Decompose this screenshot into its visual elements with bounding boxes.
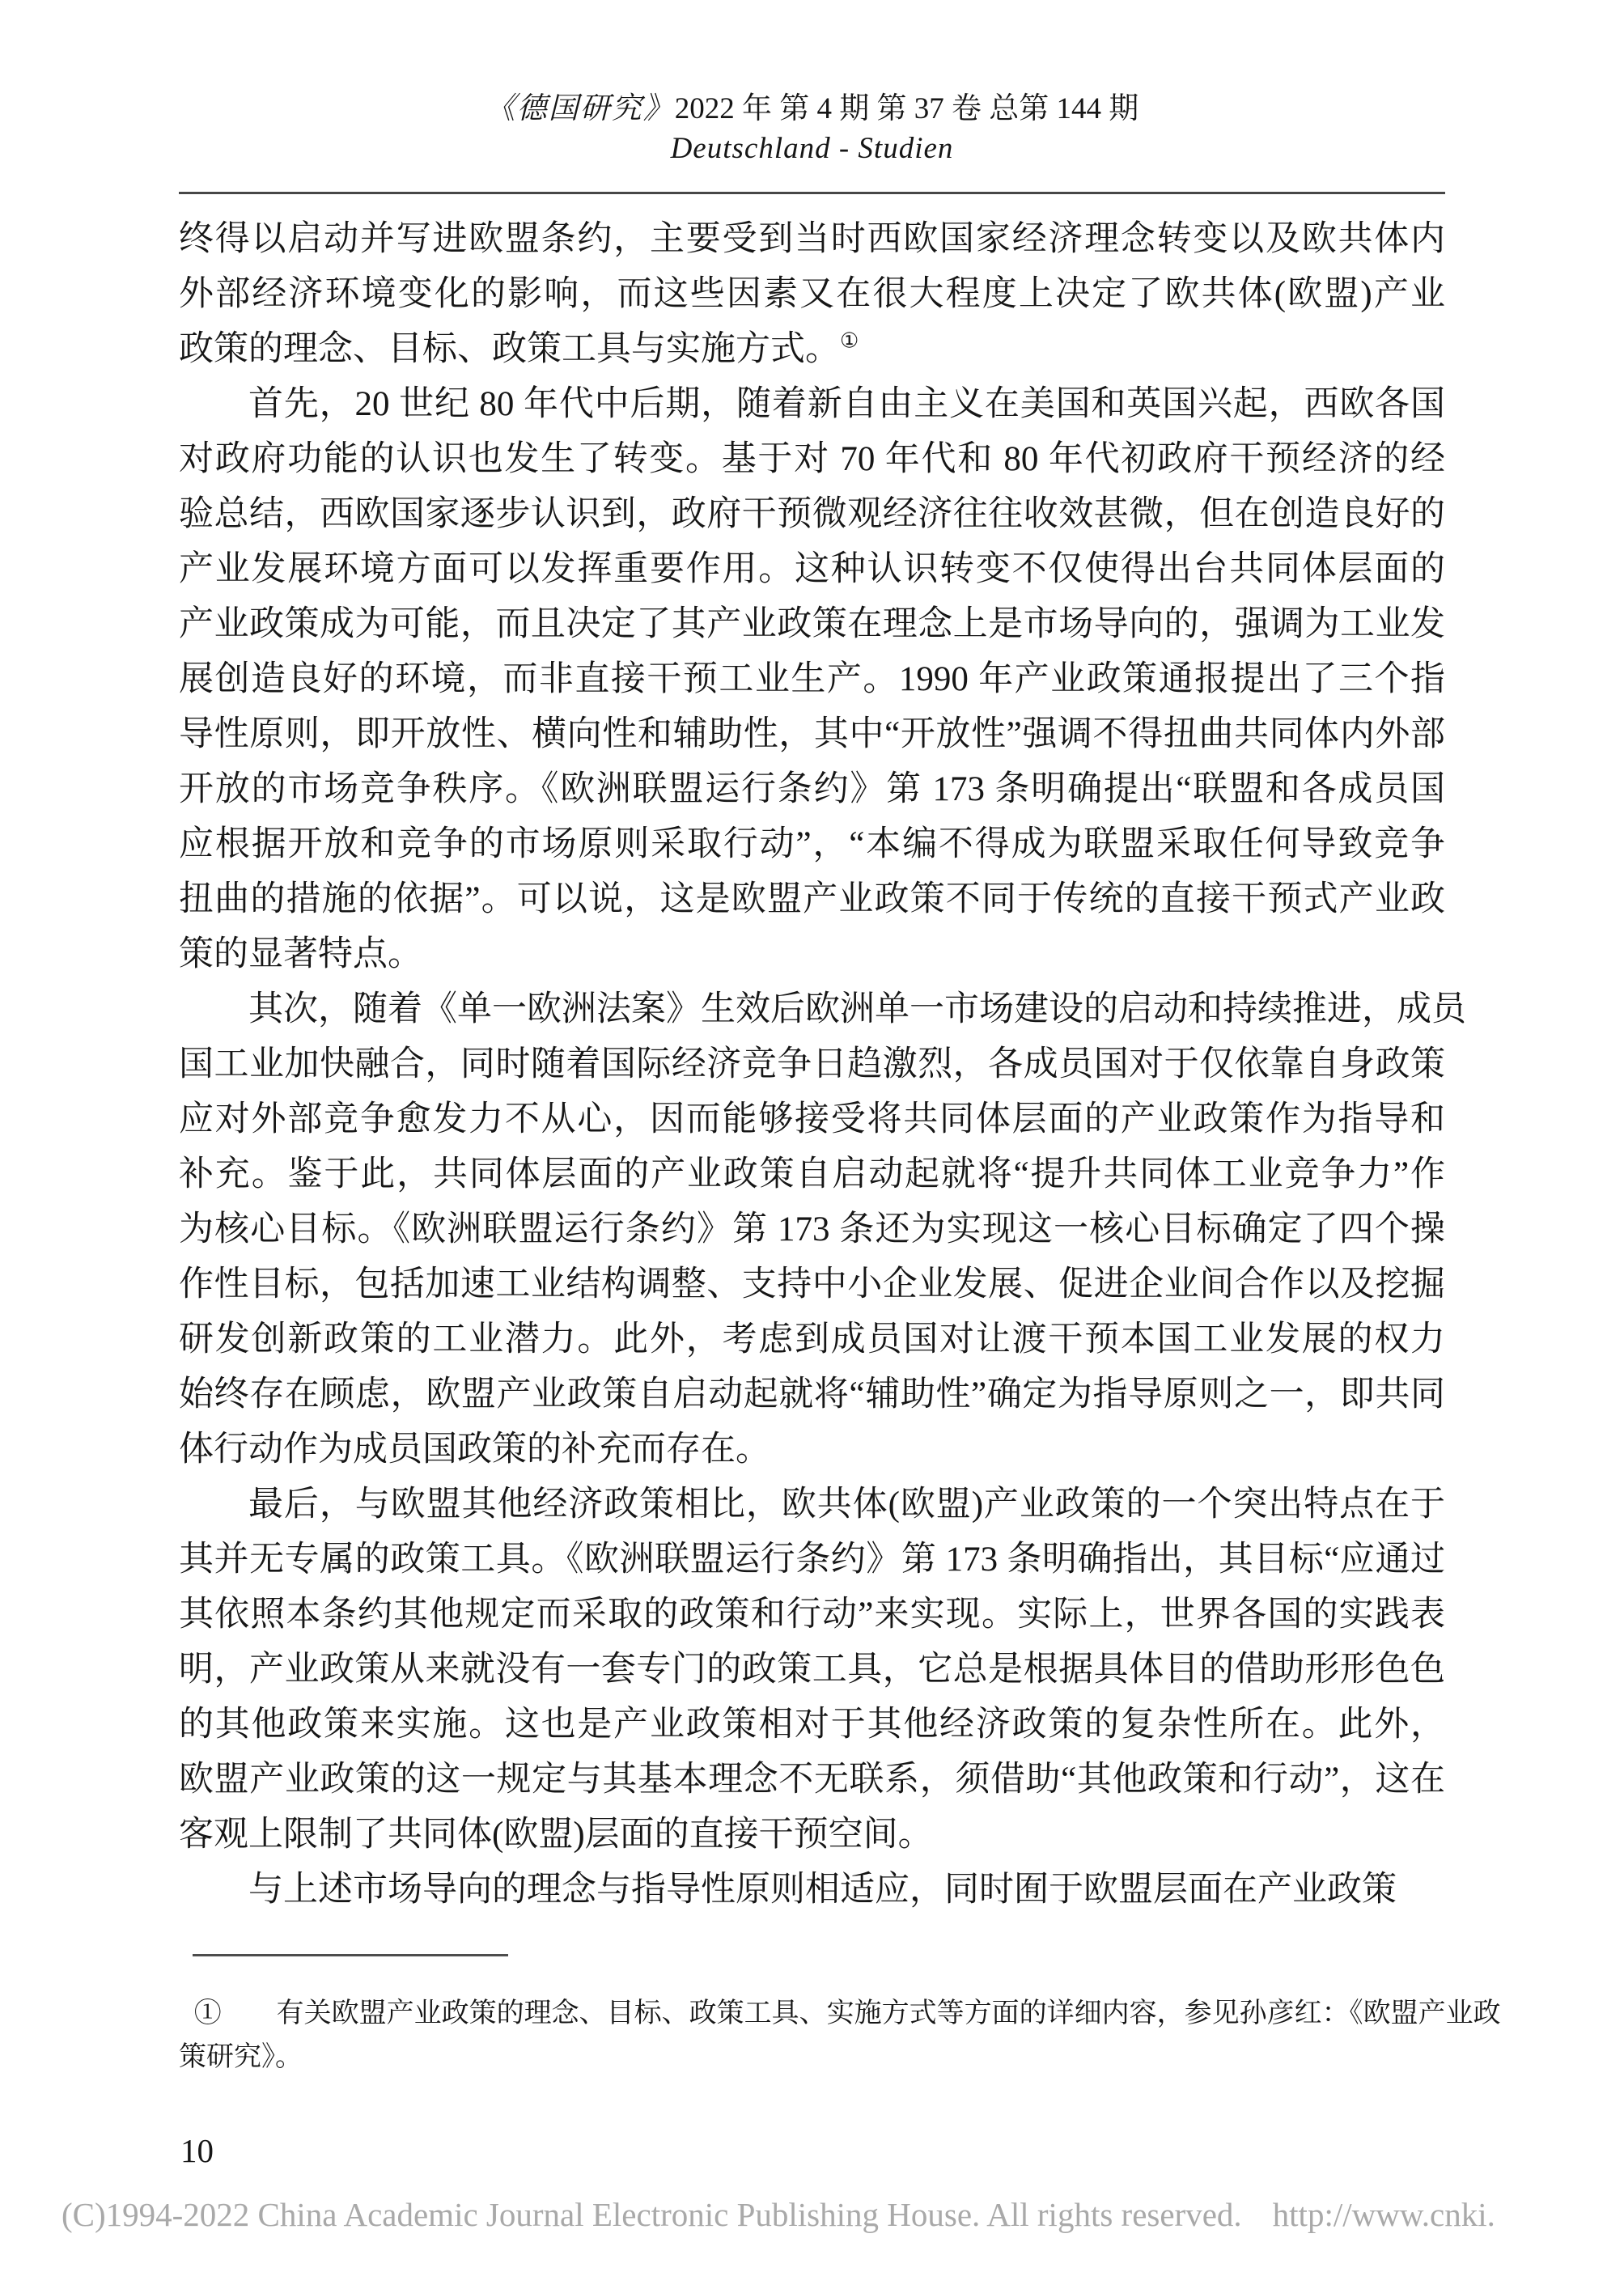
body-line: ① 有关欧盟产业政策的理念、目标、政策工具、实施方式等方面的详细内容，参见孙彦红… (179, 1992, 1445, 2036)
page-number: 10 (180, 2131, 214, 2170)
header-rule (179, 192, 1445, 194)
journal-subtitle: Deutschland - Studien (0, 131, 1624, 166)
body-text: 终得以启动并写进欧盟条约，主要受到当时西欧国家经济理念转变以及欧共体内外部经济环… (179, 212, 1445, 1918)
body-line: 补充。鉴于此，共同体层面的产业政策自启动起就将“提升共同体工业竞争力”作 (179, 1147, 1445, 1202)
body-line: 明，产业政策从来就没有一套专门的政策工具，它总是根据具体目的借助形形色色 (179, 1642, 1445, 1697)
body-line: 欧盟产业政策的这一规定与其基本理念不无联系，须借助“其他政策和行动”，这在 (179, 1753, 1445, 1808)
footnote-ref-marker: ① (840, 329, 859, 353)
body-line: 其次，随着《单一欧洲法案》生效后欧洲单一市场建设的启动和持续推进，成员 (179, 982, 1445, 1037)
body-line: 最后，与欧盟其他经济政策相比，欧共体(欧盟)产业政策的一个突出特点在于 (179, 1477, 1445, 1532)
paragraph: ① 有关欧盟产业政策的理念、目标、政策工具、实施方式等方面的详细内容，参见孙彦红… (179, 1992, 1445, 2079)
body-line: 的其他政策来实施。这也是产业政策相对于其他经济政策的复杂性所在。此外， (179, 1697, 1445, 1753)
body-line: 政策的理念、目标、政策工具与实施方式。① (179, 322, 1445, 377)
body-line: 对政府功能的认识也发生了转变。基于对 70 年代和 80 年代初政府干预经济的经 (179, 432, 1445, 487)
body-line: 产业政策成为可能，而且决定了其产业政策在理念上是市场导向的，强调为工业发 (179, 597, 1445, 652)
body-line: 产业发展环境方面可以发挥重要作用。这种认识转变不仅使得出台共同体层面的 (179, 542, 1445, 597)
paragraph: 其次，随着《单一欧洲法案》生效后欧洲单一市场建设的启动和持续推进，成员国工业加快… (179, 982, 1445, 1477)
copyright-text: (C)1994-2022 China Academic Journal Elec… (61, 2196, 1242, 2233)
body-line: 应对外部竞争愈发力不从心，因而能够接受将共同体层面的产业政策作为指导和 (179, 1092, 1445, 1147)
body-line: 国工业加快融合，同时随着国际经济竞争日趋激烈，各成员国对于仅依靠自身政策 (179, 1037, 1445, 1092)
body-line: 体行动作为成员国政策的补充而存在。 (179, 1422, 1445, 1477)
body-line: 扭曲的措施的依据”。可以说，这是欧盟产业政策不同于传统的直接干预式产业政 (179, 872, 1445, 927)
body-line: 终得以启动并写进欧盟条约，主要受到当时西欧国家经济理念转变以及欧共体内 (179, 212, 1445, 267)
journal-page: 《德国研究》2022 年 第 4 期 第 37 卷 总第 144 期 Deuts… (0, 0, 1624, 2293)
body-line: 开放的市场竞争秩序。《欧洲联盟运行条约》第 173 条明确提出“联盟和各成员国 (179, 762, 1445, 817)
body-line: 应根据开放和竞争的市场原则采取行动”，“本编不得成为联盟采取任何导致竞争 (179, 817, 1445, 872)
body-line: 与上述市场导向的理念与指导性原则相适应，同时囿于欧盟层面在产业政策 (179, 1863, 1445, 1918)
journal-name: 《德国研究》 (486, 92, 675, 125)
body-line: 其并无专属的政策工具。《欧洲联盟运行条约》第 173 条明确指出，其目标“应通过 (179, 1532, 1445, 1587)
body-line: 客观上限制了共同体(欧盟)层面的直接干预空间。 (179, 1808, 1445, 1863)
body-line: 展创造良好的环境，而非直接干预工业生产。1990 年产业政策通报提出了三个指 (179, 652, 1445, 707)
copyright-line: (C)1994-2022 China Academic Journal Elec… (61, 2195, 1624, 2234)
body-line: 其依照本条约其他规定而采取的政策和行动”来实现。实际上，世界各国的实践表 (179, 1587, 1445, 1642)
body-line: 验总结，西欧国家逐步认识到，政府干预微观经济往往收效甚微，但在创造良好的 (179, 487, 1445, 542)
body-line: 作性目标，包括加速工业结构调整、支持中小企业发展、促进企业间合作以及挖掘 (179, 1257, 1445, 1312)
body-line: 策研究》。 (179, 2036, 1445, 2079)
body-line: 始终存在顾虑，欧盟产业政策自启动起就将“辅助性”确定为指导原则之一，即共同 (179, 1367, 1445, 1422)
footnote-separator (193, 1954, 508, 1956)
paragraph: 终得以启动并写进欧盟条约，主要受到当时西欧国家经济理念转变以及欧共体内外部经济环… (179, 212, 1445, 377)
body-line: 策的显著特点。 (179, 927, 1445, 982)
footnote-text: ① 有关欧盟产业政策的理念、目标、政策工具、实施方式等方面的详细内容，参见孙彦红… (179, 1992, 1445, 2079)
body-line: 外部经济环境变化的影响，而这些因素又在很大程度上决定了欧共体(欧盟)产业 (179, 267, 1445, 322)
body-line: 导性原则，即开放性、横向性和辅助性，其中“开放性”强调不得扭曲共同体内外部 (179, 707, 1445, 762)
journal-issue-info: 2022 年 第 4 期 第 37 卷 总第 144 期 (675, 92, 1139, 125)
body-line: 首先，20 世纪 80 年代中后期，随着新自由主义在美国和英国兴起，西欧各国 (179, 377, 1445, 432)
body-line: 研发创新政策的工业潜力。此外，考虑到成员国对让渡干预本国工业发展的权力 (179, 1312, 1445, 1367)
paragraph: 与上述市场导向的理念与指导性原则相适应，同时囿于欧盟层面在产业政策 (179, 1863, 1445, 1918)
paragraph: 首先，20 世纪 80 年代中后期，随着新自由主义在美国和英国兴起，西欧各国对政… (179, 377, 1445, 982)
copyright-url: http://www.cnki. (1273, 2196, 1495, 2233)
body-line: 为核心目标。《欧洲联盟运行条约》第 173 条还为实现这一核心目标确定了四个操 (179, 1202, 1445, 1257)
paragraph: 最后，与欧盟其他经济政策相比，欧共体(欧盟)产业政策的一个突出特点在于其并无专属… (179, 1477, 1445, 1863)
journal-header-line: 《德国研究》2022 年 第 4 期 第 37 卷 总第 144 期 (0, 83, 1624, 127)
